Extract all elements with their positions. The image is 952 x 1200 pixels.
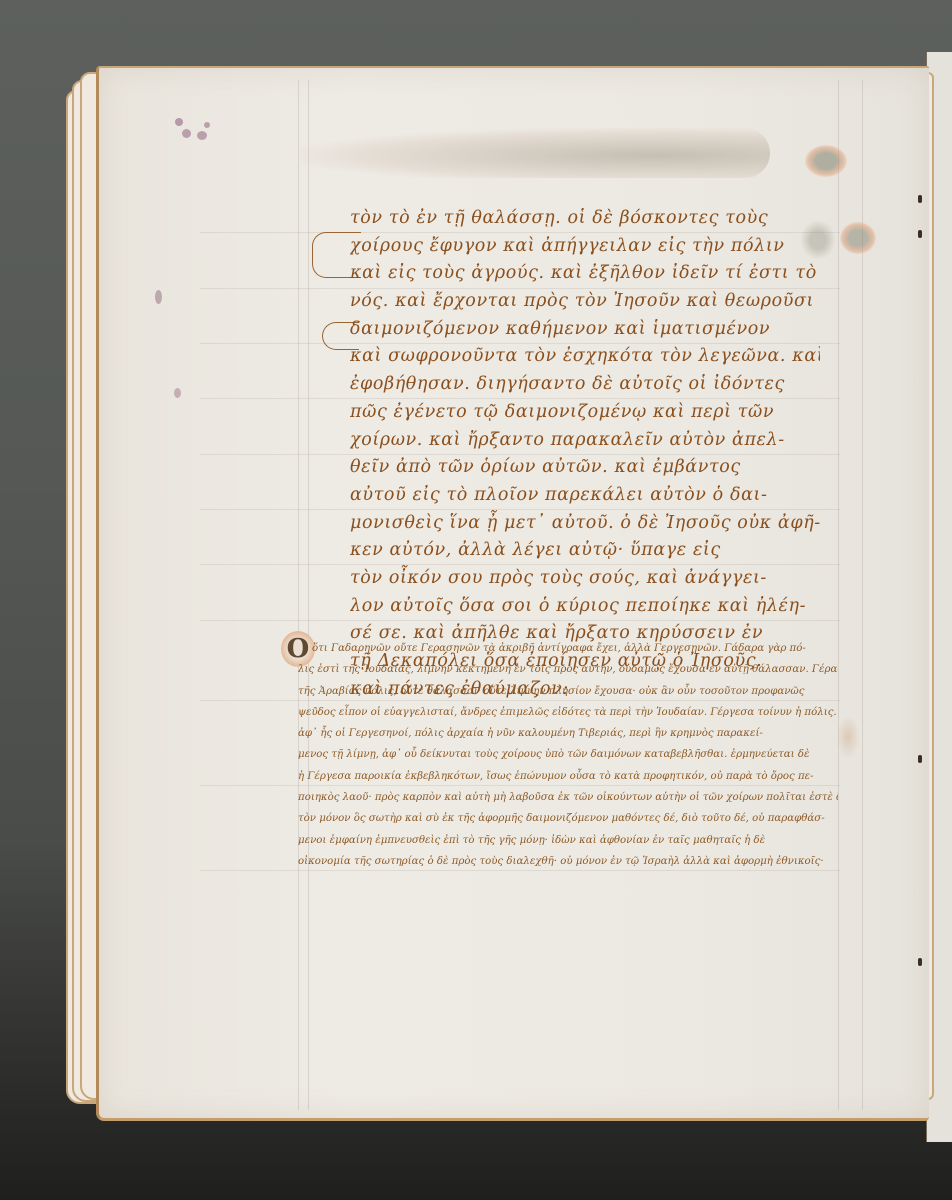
purple-spot (174, 388, 181, 398)
foxing-spot (805, 145, 847, 177)
purple-spot (175, 118, 183, 126)
text-line: κεν αὐτόν, ἀλλὰ λέγει αὐτῷ· ὕπαγε εἰς (350, 537, 820, 565)
text-line: λον αὐτοῖς ὅσα σοι ὁ κύριος πεποίηκε καὶ… (350, 593, 820, 621)
sewing-mark (918, 195, 922, 203)
commentary-line: ἡ Γέργεσα παροικία ἐκβεβληκότων, ἴσως ἐπ… (298, 766, 838, 787)
main-text-block: τὸν τὸ ἐν τῇ θαλάσσῃ. οἱ δὲ βόσκοντες το… (350, 205, 820, 703)
text-line: τὸν τὸ ἐν τῇ θαλάσσῃ. οἱ δὲ βόσκοντες το… (350, 205, 820, 233)
commentary-line: ὅτι Γαδαρηνῶν οὔτε Γερασηνῶν τὰ ἀκριβῆ ἀ… (298, 638, 838, 659)
commentary-line: μενοι ἐμφαίνη ἐμπνευσθεὶς ἐπὶ τὸ τῆς γῆς… (298, 830, 838, 851)
commentary-line: τὸν μόνον ὃς σωτὴρ καὶ σὺ ἐκ τῆς ἀφορμῆς… (298, 808, 838, 829)
text-line: μονισθεὶς ἵνα ᾖ μετ᾽ αὐτοῦ. ὁ δὲ Ἰησοῦς … (350, 510, 820, 538)
text-line: πῶς ἐγένετο τῷ δαιμονιζομένῳ καὶ περὶ τῶ… (350, 399, 820, 427)
purple-spot (197, 131, 207, 140)
purple-spot (155, 290, 162, 304)
commentary-line: μενος τῇ λίμνῃ, ἀφ᾽ οὗ δείκνυται τοὺς χο… (298, 744, 838, 765)
text-line: χοίρους ἔφυγον καὶ ἀπήγγειλαν εἰς τὴν πό… (350, 233, 820, 261)
ruling-line (838, 80, 839, 1110)
text-line: τὸν οἶκόν σου πρὸς τοὺς σούς, καὶ ἀνάγγε… (350, 565, 820, 593)
text-line: αὐτοῦ εἰς τὸ πλοῖον παρεκάλει αὐτὸν ὁ δα… (350, 482, 820, 510)
ruling-line (308, 80, 309, 1110)
text-line: χοίρων. καὶ ἤρξαντο παρακαλεῖν αὐτὸν ἀπε… (350, 427, 820, 455)
text-line: νός. καὶ ἔρχονται πρὸς τὸν Ἰησοῦν καὶ θε… (350, 288, 820, 316)
smudge-band (300, 128, 770, 178)
commentary-line: ἀφ᾽ ἧς οἱ Γεργεσηνοί, πόλις ἀρχαία ἡ νῦν… (298, 723, 838, 744)
purple-spot (204, 122, 210, 128)
sewing-mark (918, 958, 922, 966)
foxing-spot (836, 715, 860, 759)
sewing-mark (918, 755, 922, 763)
sewing-mark (918, 230, 922, 238)
text-line: καὶ σωφρονοῦντα τὸν ἐσχηκότα τὸν λεγεῶνα… (350, 343, 820, 371)
commentary-line: οἰκονομία τῆς σωτηρίας ὁ δὲ πρὸς τοὺς δι… (298, 851, 838, 872)
commentary-block: ὅτι Γαδαρηνῶν οὔτε Γερασηνῶν τὰ ἀκριβῆ ἀ… (298, 638, 838, 872)
commentary-line: ψεῦδος εἶπον οἱ εὐαγγελισταί, ἄνδρες ἐπι… (298, 702, 838, 723)
text-line: καὶ εἰς τοὺς ἀγρούς. καὶ ἐξῆλθον ἰδεῖν τ… (350, 260, 820, 288)
commentary-line: ποιηκὸς λαοῦ· πρὸς καρπὸν καὶ αὐτὴ μὴ λα… (298, 787, 838, 808)
commentary-line: λις ἐστὶ τῆς Ἰουδαίας, λίμνην κεκτημένη … (298, 659, 838, 680)
text-line: ἐφοβήθησαν. διηγήσαντο δὲ αὐτοῖς οἱ ἰδόν… (350, 371, 820, 399)
foxing-spot (840, 222, 876, 254)
text-line: θεῖν ἀπὸ τῶν ὁρίων αὐτῶν. καὶ ἐμβάντος (350, 454, 820, 482)
ruling-line (298, 80, 299, 1110)
commentary-line: τῆς Ἀραβίας πόλις, οὔτε θάλασσαν οὔτε λί… (298, 681, 838, 702)
purple-spot (182, 129, 191, 138)
text-line: δαιμονιζόμενον καθήμενον καὶ ἱματισμένον (350, 316, 820, 344)
